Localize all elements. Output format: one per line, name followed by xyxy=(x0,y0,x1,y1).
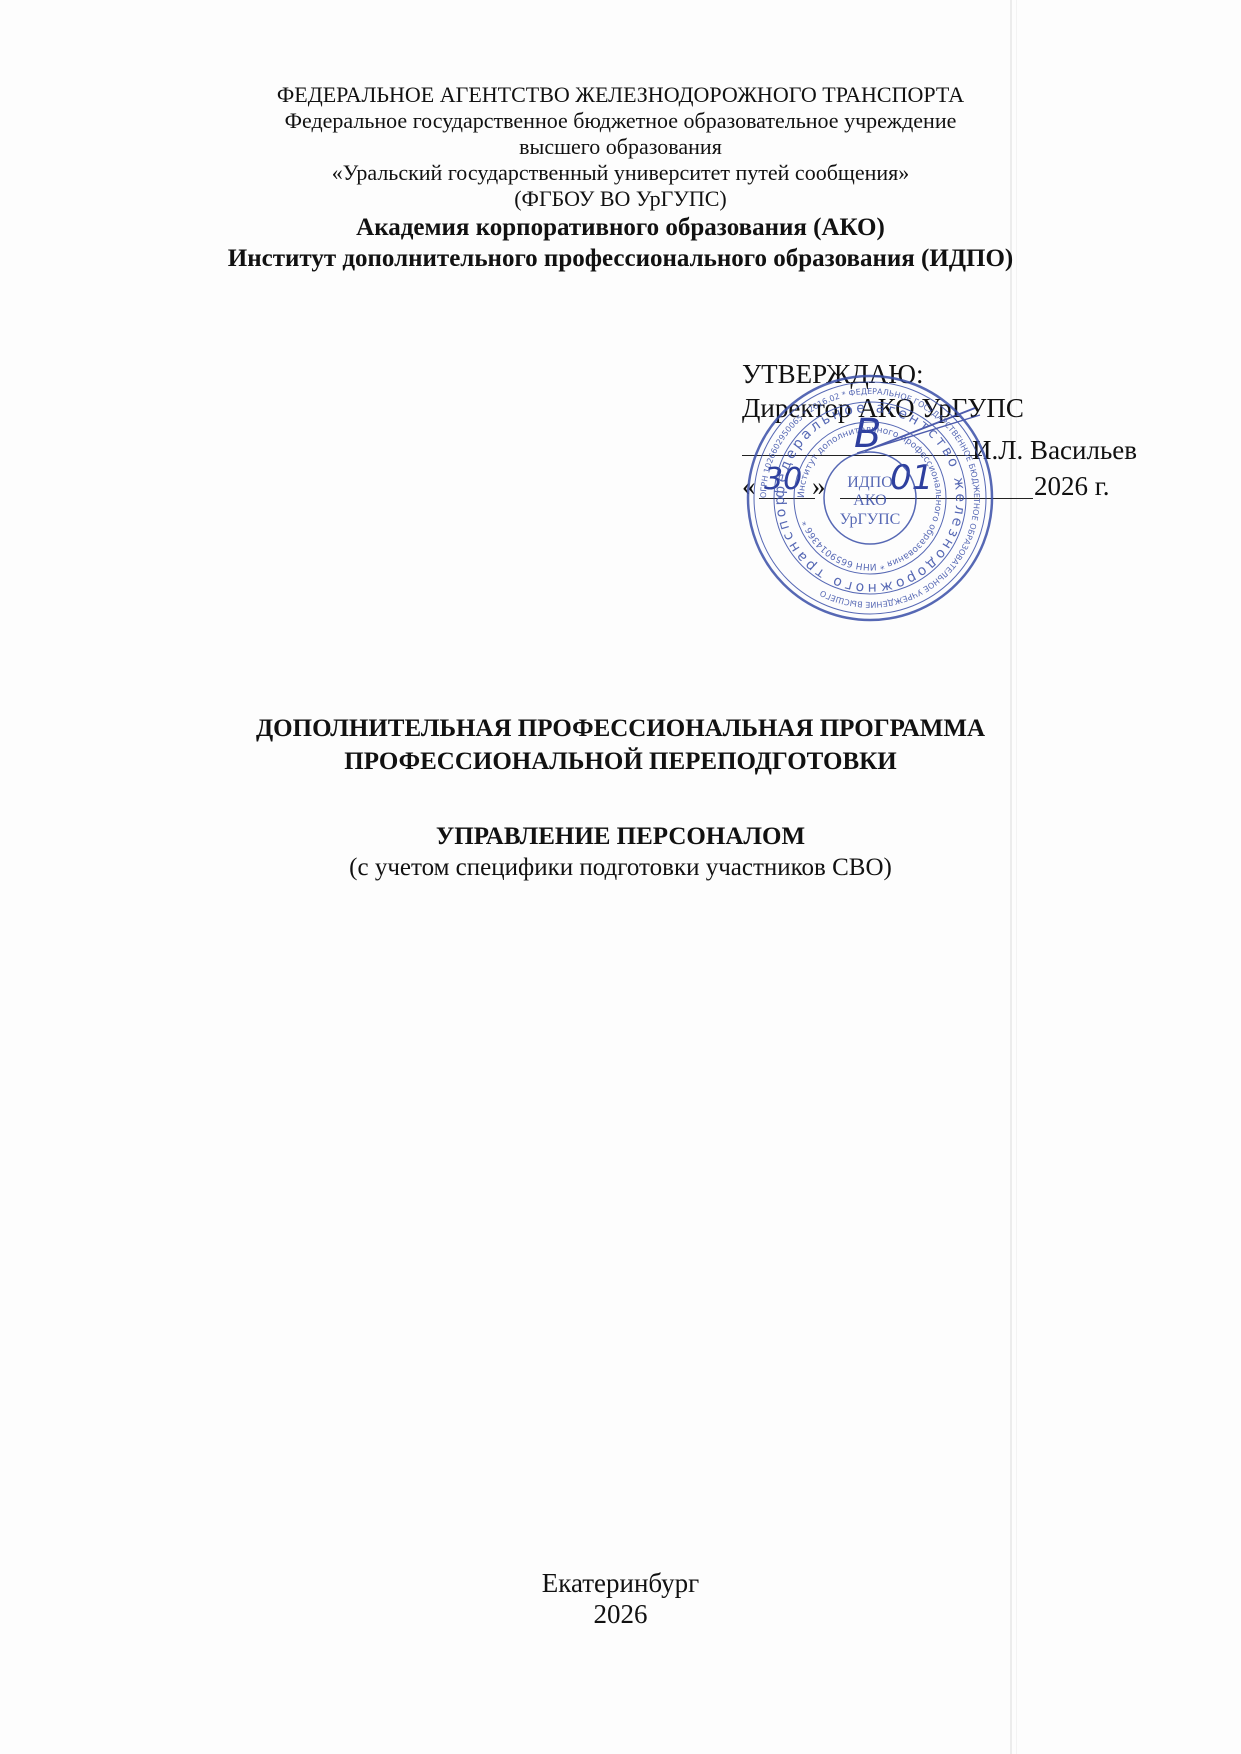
signatory-name: И.Л. Васильев xyxy=(972,434,1137,466)
program-note: (с учетом специфики подготовки участнико… xyxy=(0,853,1241,883)
institute-name: Институт дополнительного профессионально… xyxy=(0,243,1241,274)
document-header: ФЕДЕРАЛЬНОЕ АГЕНТСТВО ЖЕЛЕЗНОДОРОЖНОГО Т… xyxy=(0,82,1241,274)
approval-heading: УТВЕРЖДАЮ: xyxy=(742,358,1162,392)
city-name: Екатеринбург xyxy=(0,1568,1241,1599)
approver-position: Директор АКО УрГУПС xyxy=(742,392,1162,426)
document-year: 2026 xyxy=(0,1599,1241,1630)
university-abbreviation: (ФГБОУ ВО УрГУПС) xyxy=(0,186,1241,212)
approval-year: 2026 г. xyxy=(1034,470,1110,502)
academy-name: Академия корпоративного образования (АКО… xyxy=(0,212,1241,243)
date-quote-close: » xyxy=(812,470,826,502)
date-quote-open: « xyxy=(742,470,756,502)
day-line xyxy=(759,498,815,499)
program-name: УПРАВЛЕНИЕ ПЕРСОНАЛОМ xyxy=(0,820,1241,853)
stamp-center-line3: УрГУПС xyxy=(840,511,901,528)
program-title-line1: ДОПОЛНИТЕЛЬНАЯ ПРОФЕССИОНАЛЬНАЯ ПРОГРАММ… xyxy=(0,712,1241,745)
handwritten-signature: В xyxy=(854,418,881,450)
university-name: «Уральский государственный университет п… xyxy=(0,160,1241,186)
month-line xyxy=(840,498,1033,499)
agency-name: ФЕДЕРАЛЬНОЕ АГЕНТСТВО ЖЕЛЕЗНОДОРОЖНОГО Т… xyxy=(0,82,1241,108)
institution-type-line2: высшего образования xyxy=(0,134,1241,160)
program-title-line2: ПРОФЕССИОНАЛЬНОЙ ПЕРЕПОДГОТОВКИ xyxy=(0,745,1241,778)
handwritten-day: 30 xyxy=(764,464,802,496)
handwritten-month: 01 xyxy=(890,462,933,494)
document-footer: Екатеринбург 2026 xyxy=(0,1568,1241,1630)
approval-block: УТВЕРЖДАЮ: Директор АКО УрГУПС И.Л. Васи… xyxy=(742,358,1162,504)
institution-type-line1: Федеральное государственное бюджетное об… xyxy=(0,108,1241,134)
document-page: ФЕДЕРАЛЬНОЕ АГЕНТСТВО ЖЕЛЕЗНОДОРОЖНОГО Т… xyxy=(0,0,1241,1754)
date-row: « 30 » 01 2026 г. xyxy=(742,470,1162,504)
program-title-block: ДОПОЛНИТЕЛЬНАЯ ПРОФЕССИОНАЛЬНАЯ ПРОГРАММ… xyxy=(0,712,1241,883)
signature-row: И.Л. Васильев В xyxy=(742,426,1162,470)
